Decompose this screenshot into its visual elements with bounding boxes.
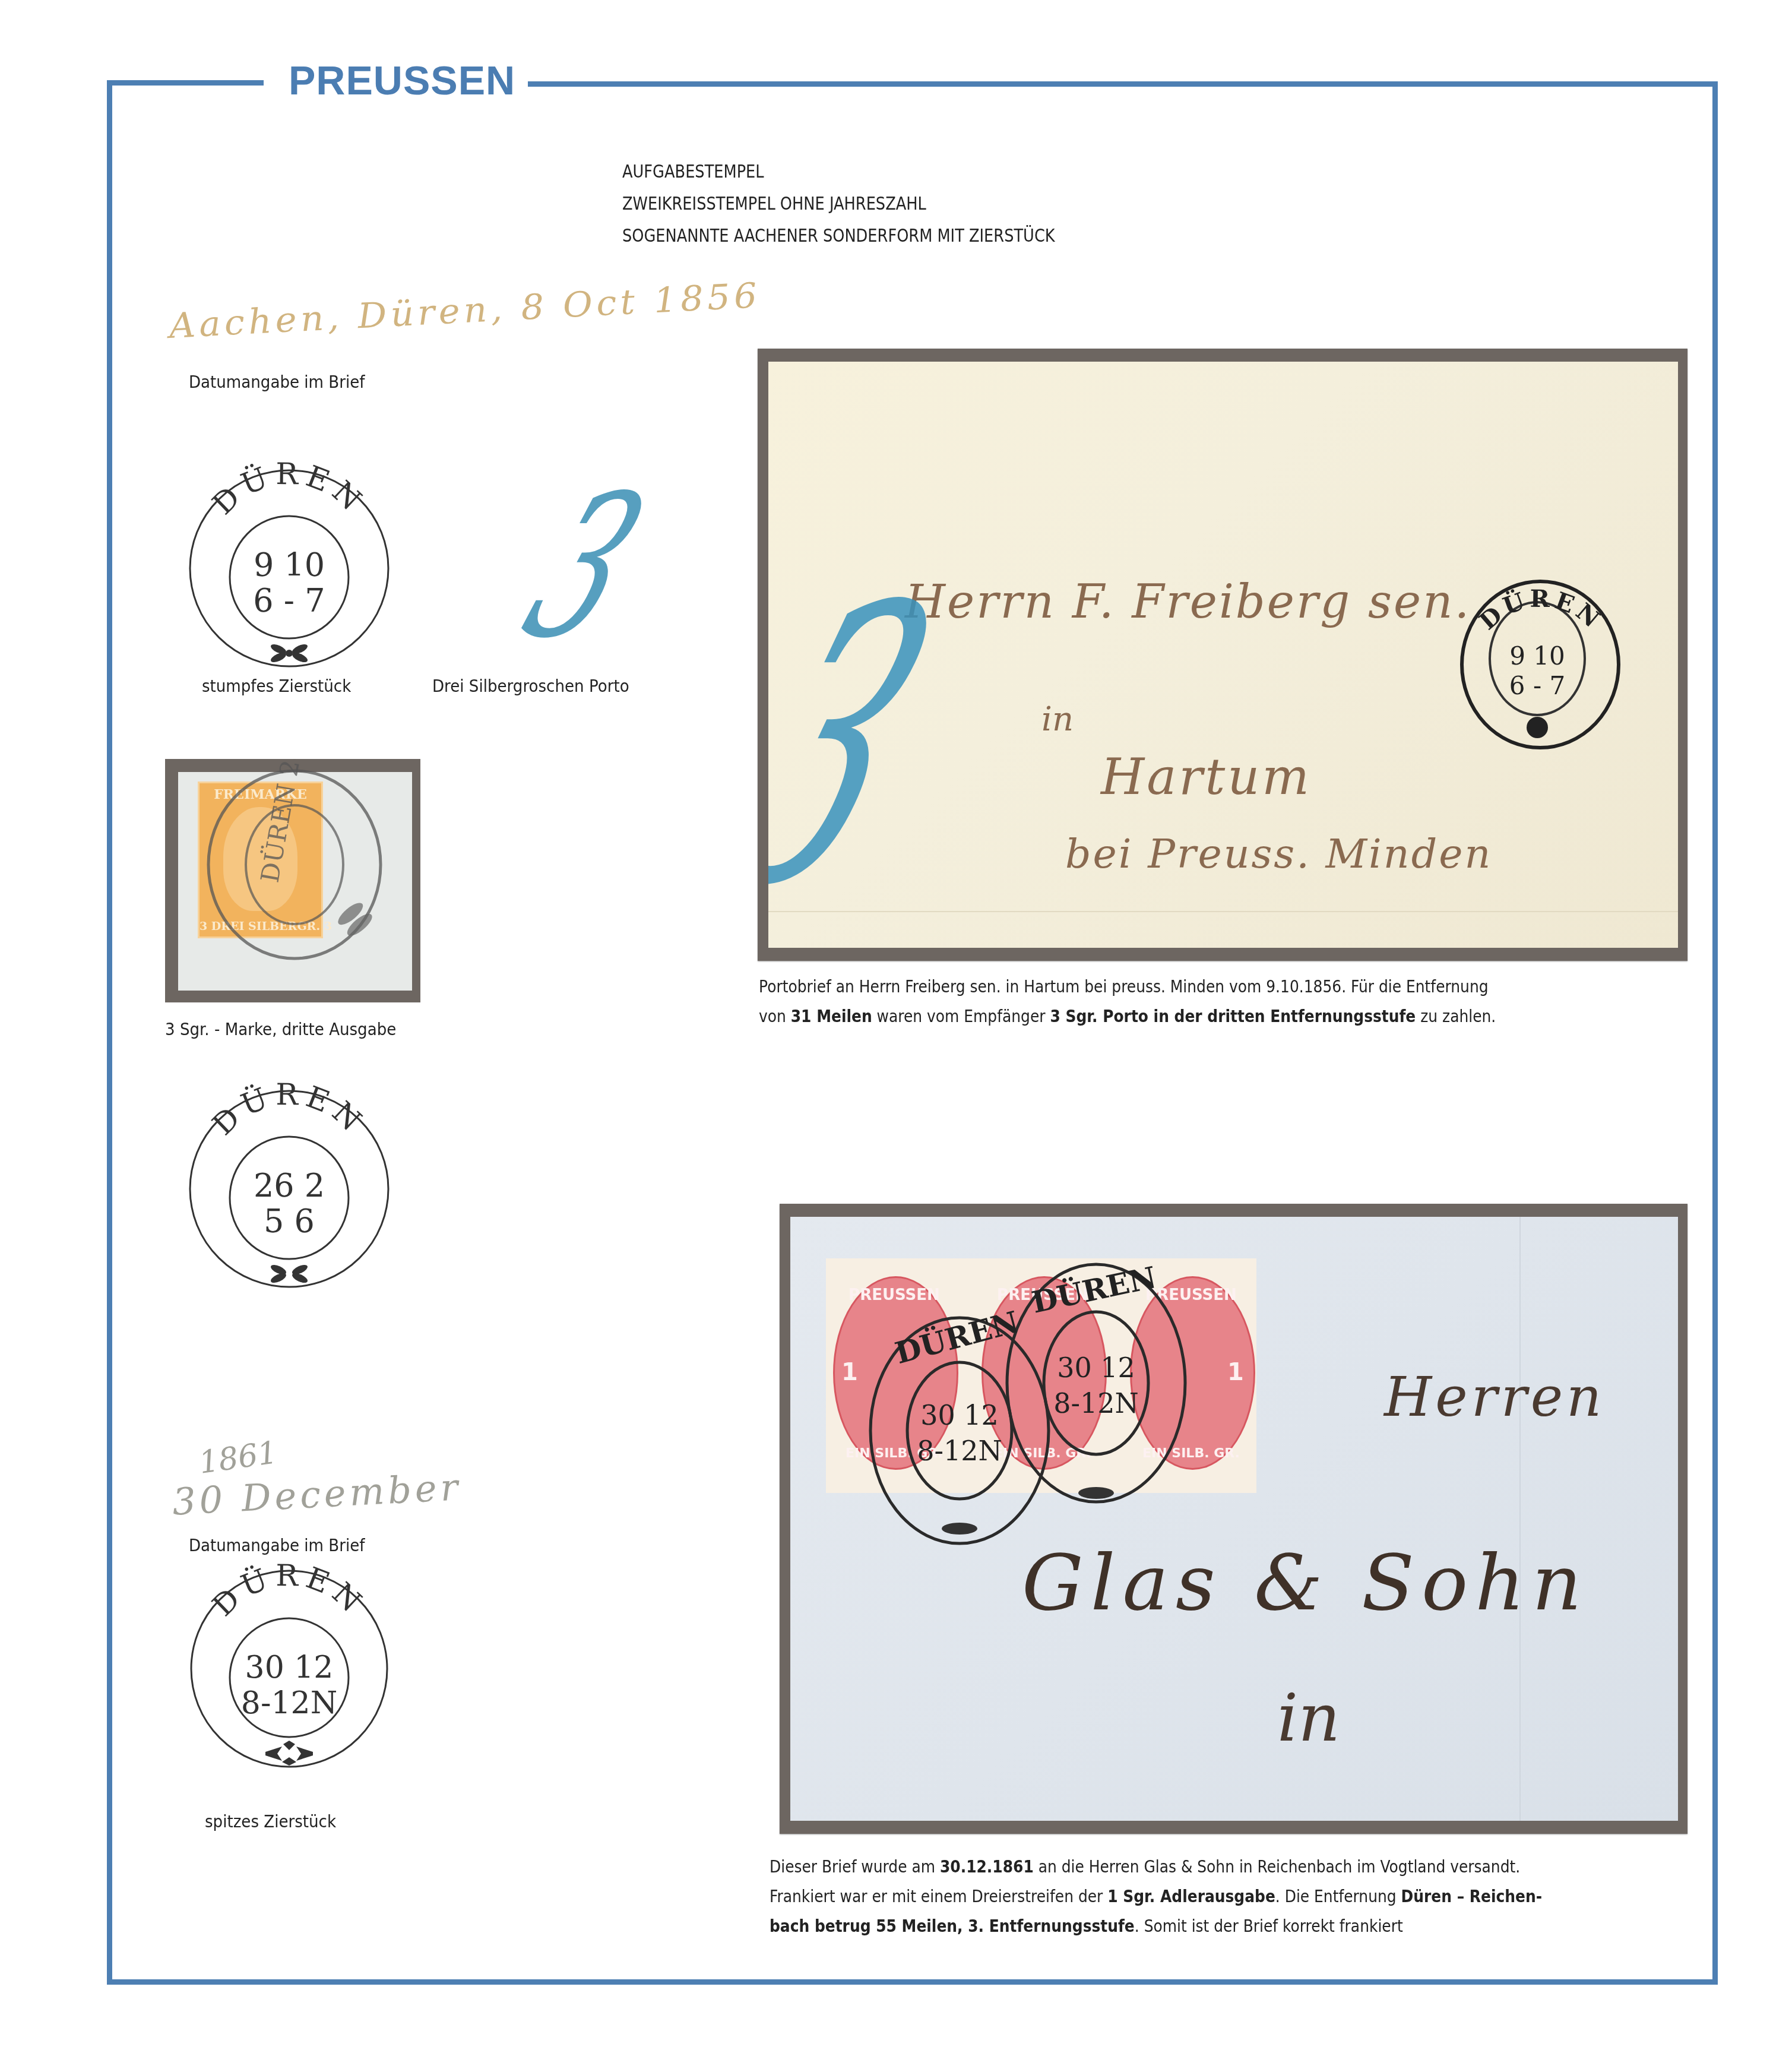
handwritten-porto-3: 3 [505, 469, 665, 665]
caption-emphasis: 30.12.1861 [940, 1856, 1034, 1877]
svg-text:9 10: 9 10 [1509, 641, 1565, 670]
caption-text: . Somit ist der Brief korrekt frankiert [1135, 1916, 1403, 1936]
caption-emphasis: bach betrug 55 Meilen, 3. Entfernungsstu… [770, 1916, 1135, 1936]
caption-postmark-1: stumpfes Zierstück [202, 676, 351, 696]
cover-2-address-line-4: Reichenbach [1170, 1817, 1678, 1821]
svg-text:6 - 7: 6 - 7 [1509, 671, 1565, 700]
svg-text:8-12N: 8-12N [1053, 1387, 1139, 1419]
caption-emphasis: 3 Sgr. Porto in der dritten Entfernungss… [1050, 1006, 1416, 1026]
cover-1-portobrief: Herrn F. Freiberg sen. in Hartum bei Pre… [758, 349, 1687, 961]
svg-text:5 6: 5 6 [264, 1203, 315, 1240]
caption-text: . Die Entfernung [1275, 1886, 1401, 1906]
cover-2-caption-line: Dieser Brief wurde am 30.12.1861 an die … [770, 1852, 1542, 1881]
svg-text:8-12N: 8-12N [917, 1435, 1002, 1467]
cover-2-address-line-3: in [1277, 1680, 1340, 1756]
section-heading: AUFGABESTEMPEL ZWEIKREISSTEMPEL OHNE JAH… [622, 156, 1093, 252]
cover-1-address-line-3: Hartum [1101, 748, 1312, 806]
heading-line: SOGENANNTE AACHENER SONDERFORM MIT ZIERS… [622, 220, 1055, 252]
caption-date-note-1: Datumangabe im Brief [189, 372, 365, 392]
svg-text:PREUSSEN: PREUSSEN [848, 1286, 940, 1304]
cover-1-postmark-icon: DÜREN 9 10 6 - 7 [1457, 575, 1635, 760]
caption-text: Frankiert war er mit einem Dreierstreife… [770, 1886, 1107, 1906]
postmark-dueren-26-2: DÜREN 26 2 5 6 [185, 1087, 399, 1289]
caption-text: Portobrief an Herrn Freiberg sen. in Har… [759, 976, 1489, 996]
caption-emphasis: 31 Meilen [791, 1006, 872, 1026]
cover-1-porto-numeral: 3 [768, 558, 967, 938]
frame-right [1712, 83, 1718, 1985]
cover-2-paper: PREUSSEN PREUSSEN PREUSSEN 1 1 EIN SILB.… [790, 1217, 1678, 1821]
caption-postmark-3: spitzes Zierstück [205, 1811, 336, 1831]
handwritten-date-1: Aachen, Düren, 8 Oct 1856 [168, 275, 761, 346]
svg-text:1: 1 [1227, 1359, 1244, 1386]
handwritten-year-1861: 1861 [197, 1435, 279, 1481]
cover-2-brief: PREUSSEN PREUSSEN PREUSSEN 1 1 EIN SILB.… [780, 1204, 1687, 1834]
heading-line: ZWEIKREISSTEMPEL OHNE JAHRESZAHL [622, 188, 1055, 220]
cover-1-address-line-1: Herrn F. Freiberg sen. [905, 575, 1471, 629]
cancel-postmark-icon: DÜREN 26 2 [165, 759, 420, 1002]
cover-1-caption-line: von 31 Meilen waren vom Empfänger 3 Sgr.… [759, 1001, 1496, 1031]
svg-text:30 12: 30 12 [245, 1650, 334, 1685]
postmark-dueren-9-10: DÜREN 9 10 6 - 7 [185, 466, 399, 668]
caption-stamp-piece: 3 Sgr. - Marke, dritte Ausgabe [165, 1019, 396, 1039]
cover-2-address-line-1: Herren [1384, 1365, 1605, 1429]
svg-text:6 - 7: 6 - 7 [253, 582, 325, 619]
svg-text:8-12N: 8-12N [241, 1685, 337, 1721]
frame-top-left [107, 80, 264, 86]
cover-2-address-line-2: Glas & Sohn [1022, 1537, 1589, 1628]
cover-1-address-line-4: bei Preuss. Minden [1065, 831, 1492, 878]
heading-line: AUFGABESTEMPEL [622, 156, 1055, 188]
caption-text: an die Herren Glas & Sohn in Reichenbach… [1034, 1856, 1520, 1877]
svg-text:9 10: 9 10 [254, 546, 325, 584]
postmark-dueren-30-12: DÜREN 30 12 8-12N [185, 1562, 399, 1770]
page-title: PREUSSEN [289, 57, 504, 105]
caption-text: von [759, 1006, 791, 1026]
postmark-icon: DÜREN 9 10 6 - 7 [185, 466, 399, 668]
frame-left [107, 80, 112, 1985]
caption-emphasis: Düren – Reichen- [1401, 1886, 1542, 1906]
svg-text:DÜREN: DÜREN [891, 1304, 1022, 1371]
cover-1-caption: Portobrief an Herrn Freiberg sen. in Har… [759, 972, 1496, 1031]
cover-1-paper: Herrn F. Freiberg sen. in Hartum bei Pre… [768, 362, 1678, 948]
svg-text:26 2: 26 2 [254, 1167, 325, 1204]
caption-text: waren vom Empfänger [872, 1006, 1050, 1026]
svg-text:30 12: 30 12 [1057, 1352, 1135, 1384]
svg-text:DÜREN: DÜREN [1474, 585, 1607, 635]
postmark-icon: DÜREN 26 2 5 6 [185, 1087, 399, 1289]
caption-emphasis: 1 Sgr. Adlerausgabe [1107, 1886, 1275, 1906]
svg-text:EIN SILB. GR.: EIN SILB. GR. [1142, 1446, 1240, 1461]
postmark-icon: DÜREN 30 12 8-12N [185, 1562, 399, 1770]
stamp-on-piece: FREIMARKE 3 DREI SILBERGR. 3 DÜREN 26 2 [165, 759, 420, 1002]
cover-1-address-line-2: in [1041, 700, 1074, 739]
caption-text: Dieser Brief wurde am [770, 1856, 940, 1877]
cover-2-caption: Dieser Brief wurde am 30.12.1861 an die … [770, 1852, 1542, 1941]
cover-2-caption-line: bach betrug 55 Meilen, 3. Entfernungsstu… [770, 1911, 1542, 1941]
cover-2-caption-line: Frankiert war er mit einem Dreierstreife… [770, 1881, 1542, 1911]
svg-text:DÜREN: DÜREN [206, 457, 373, 521]
frame-bottom [107, 1979, 1718, 1985]
caption-text: zu zahlen. [1416, 1006, 1496, 1026]
frame-top-right [528, 81, 1718, 87]
svg-text:DÜREN: DÜREN [206, 1077, 373, 1142]
caption-porto: Drei Silbergroschen Porto [432, 676, 629, 696]
caption-date-note-2: Datumangabe im Brief [189, 1535, 365, 1555]
cover-1-caption-line: Portobrief an Herrn Freiberg sen. in Har… [759, 972, 1496, 1001]
svg-text:30 12: 30 12 [920, 1399, 999, 1431]
svg-text:1: 1 [841, 1359, 858, 1386]
svg-text:DÜREN: DÜREN [206, 1558, 373, 1623]
